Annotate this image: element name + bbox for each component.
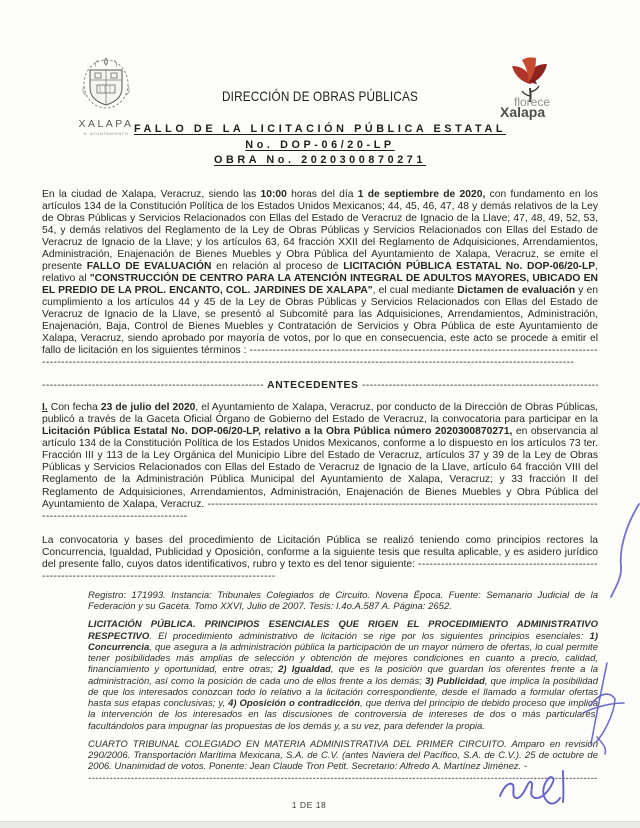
scan-edge-shadow — [0, 821, 640, 828]
title-line-1: FALLO DE LA LICITACIÓN PÚBLICA ESTATAL — [134, 123, 506, 137]
quote-thesis: LICITACIÓN PÚBLICA. PRINCIPIOS ESENCIALE… — [88, 619, 598, 732]
title-line-3: OBRA No. 2020300870271 — [214, 154, 426, 168]
title-line-2: No. DOP-06/20-LP — [245, 139, 394, 153]
legal-quote-block: Registro: 171993. Instancia: Tribunales … — [42, 590, 598, 784]
quote-registro: Registro: 171993. Instancia: Tribunales … — [88, 590, 598, 613]
document-header: XALAPA H. AYUNTAMIENTO DIRECCIÓN DE OBRA… — [0, 0, 640, 118]
pen-curve-mark — [611, 504, 639, 597]
paragraph-roman-one: I. Con fecha 23 de julio del 2020, el Ay… — [42, 402, 598, 522]
xalapa-word: Xalapa — [500, 104, 545, 120]
crest-city-name: XALAPA — [74, 118, 138, 130]
page-number: 1 DE 18 — [0, 800, 618, 810]
flower-icon: florece Xalapa — [492, 54, 576, 120]
crest-subtitle: H. AYUNTAMIENTO — [74, 131, 138, 136]
document-body: En la ciudad de Xalapa, Veracruz, siendo… — [42, 189, 598, 785]
paragraph-convocatoria: La convocatoria y bases del procedimient… — [42, 535, 598, 583]
florece-xalapa-logo: florece Xalapa — [492, 54, 576, 125]
quote-divider: ----------------------------------------… — [88, 773, 598, 785]
quote-court: CUARTO TRIBUNAL COLEGIADO EN MATERIA ADM… — [88, 739, 598, 773]
scanned-document-page: XALAPA H. AYUNTAMIENTO DIRECCIÓN DE OBRA… — [0, 0, 640, 828]
opening-paragraph: En la ciudad de Xalapa, Veracruz, siendo… — [42, 189, 598, 370]
antecedentes-heading: ----------------------------------------… — [42, 379, 598, 392]
